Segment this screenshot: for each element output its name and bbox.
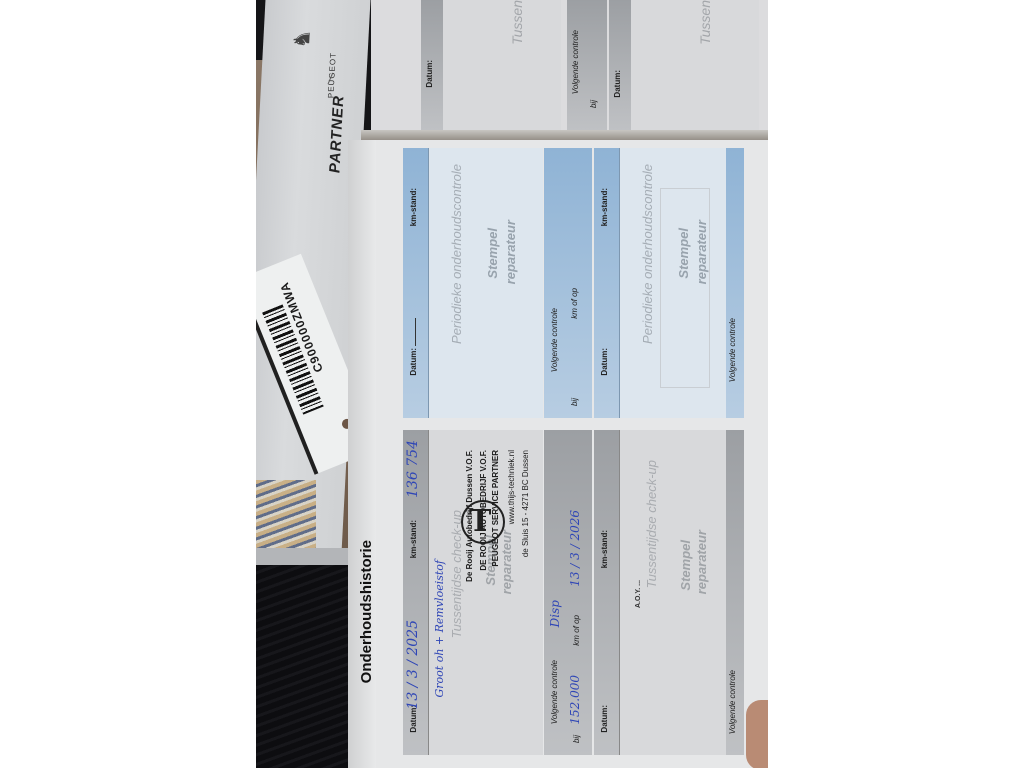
next-date-value: 13 / 3 / 2026: [568, 510, 582, 587]
checkup-panel-1: Datum: 13 / 3 / 2025 km-stand: 136 754 G…: [403, 430, 543, 755]
km-value: 136 754: [405, 440, 421, 498]
date-label: Datum:: [409, 348, 418, 376]
maintenance-panel-2: Datum: km-stand: Periodieke onderhoudsco…: [594, 148, 744, 418]
garage-stamp-line: www.thijs-techniek.nl: [507, 450, 517, 524]
stamp-label: Stempel: [485, 228, 500, 279]
model-name: PARTNER: [326, 95, 347, 173]
panel-title: Periodieke onderhoudscontrole: [449, 164, 464, 344]
km-label: km-stand:: [409, 520, 418, 558]
top-panel-2: Datum: Tussen: [609, 0, 759, 130]
km-label: km-stand:: [409, 188, 418, 226]
checkup-panel-2: Datum: km-stand: Tussentijdse check-up A…: [594, 430, 744, 755]
striped-strap: [256, 480, 316, 550]
garage-stamp-line: DE ROOIJ AUTOBEDRIJF V.O.F.: [479, 450, 489, 571]
lion-icon: ♞: [289, 26, 320, 52]
next-control-1: Volgende controle bij km of op: [544, 148, 592, 418]
booklet-top-page: Datum: Tussen Volgende controle bij Datu…: [371, 0, 768, 140]
garage-stamp-line: de Sluis 15 - 4271 BC Dussen: [521, 450, 531, 557]
next-control-filled: Volgende controle Disp bij 152.000 km of…: [544, 430, 592, 755]
next-value: Disp: [548, 600, 562, 627]
garage-stamp-line: PEUGEOT SERVICE PARTNER: [491, 450, 501, 567]
thumb: [746, 700, 768, 768]
date-value: 13 / 3 / 2025: [405, 620, 421, 710]
next-km-value: 152.000: [568, 675, 582, 725]
booklet: Onderhoudshistorie Datum: km-stand: Peri…: [348, 140, 768, 768]
photo: ♞ PEUGEOT PARTNER C900000ZMWA Datum: Tus…: [256, 0, 768, 768]
service-note: Groot oh + Remvloeistof: [433, 560, 446, 698]
section-title: Onderhoudshistorie: [358, 540, 375, 683]
top-next-control: Volgende controle bij: [567, 0, 607, 130]
faded-stamp: A.O.Y. ...: [634, 580, 644, 608]
maintenance-panel-1: Datum: km-stand: Periodieke onderhoudsco…: [403, 148, 543, 418]
stamp-label: reparateur: [503, 220, 518, 284]
top-panel-1: Datum: Tussen: [421, 0, 561, 130]
garage-stamp-line: De Rooij Autobedrijf Dussen V.O.F.: [465, 450, 475, 582]
